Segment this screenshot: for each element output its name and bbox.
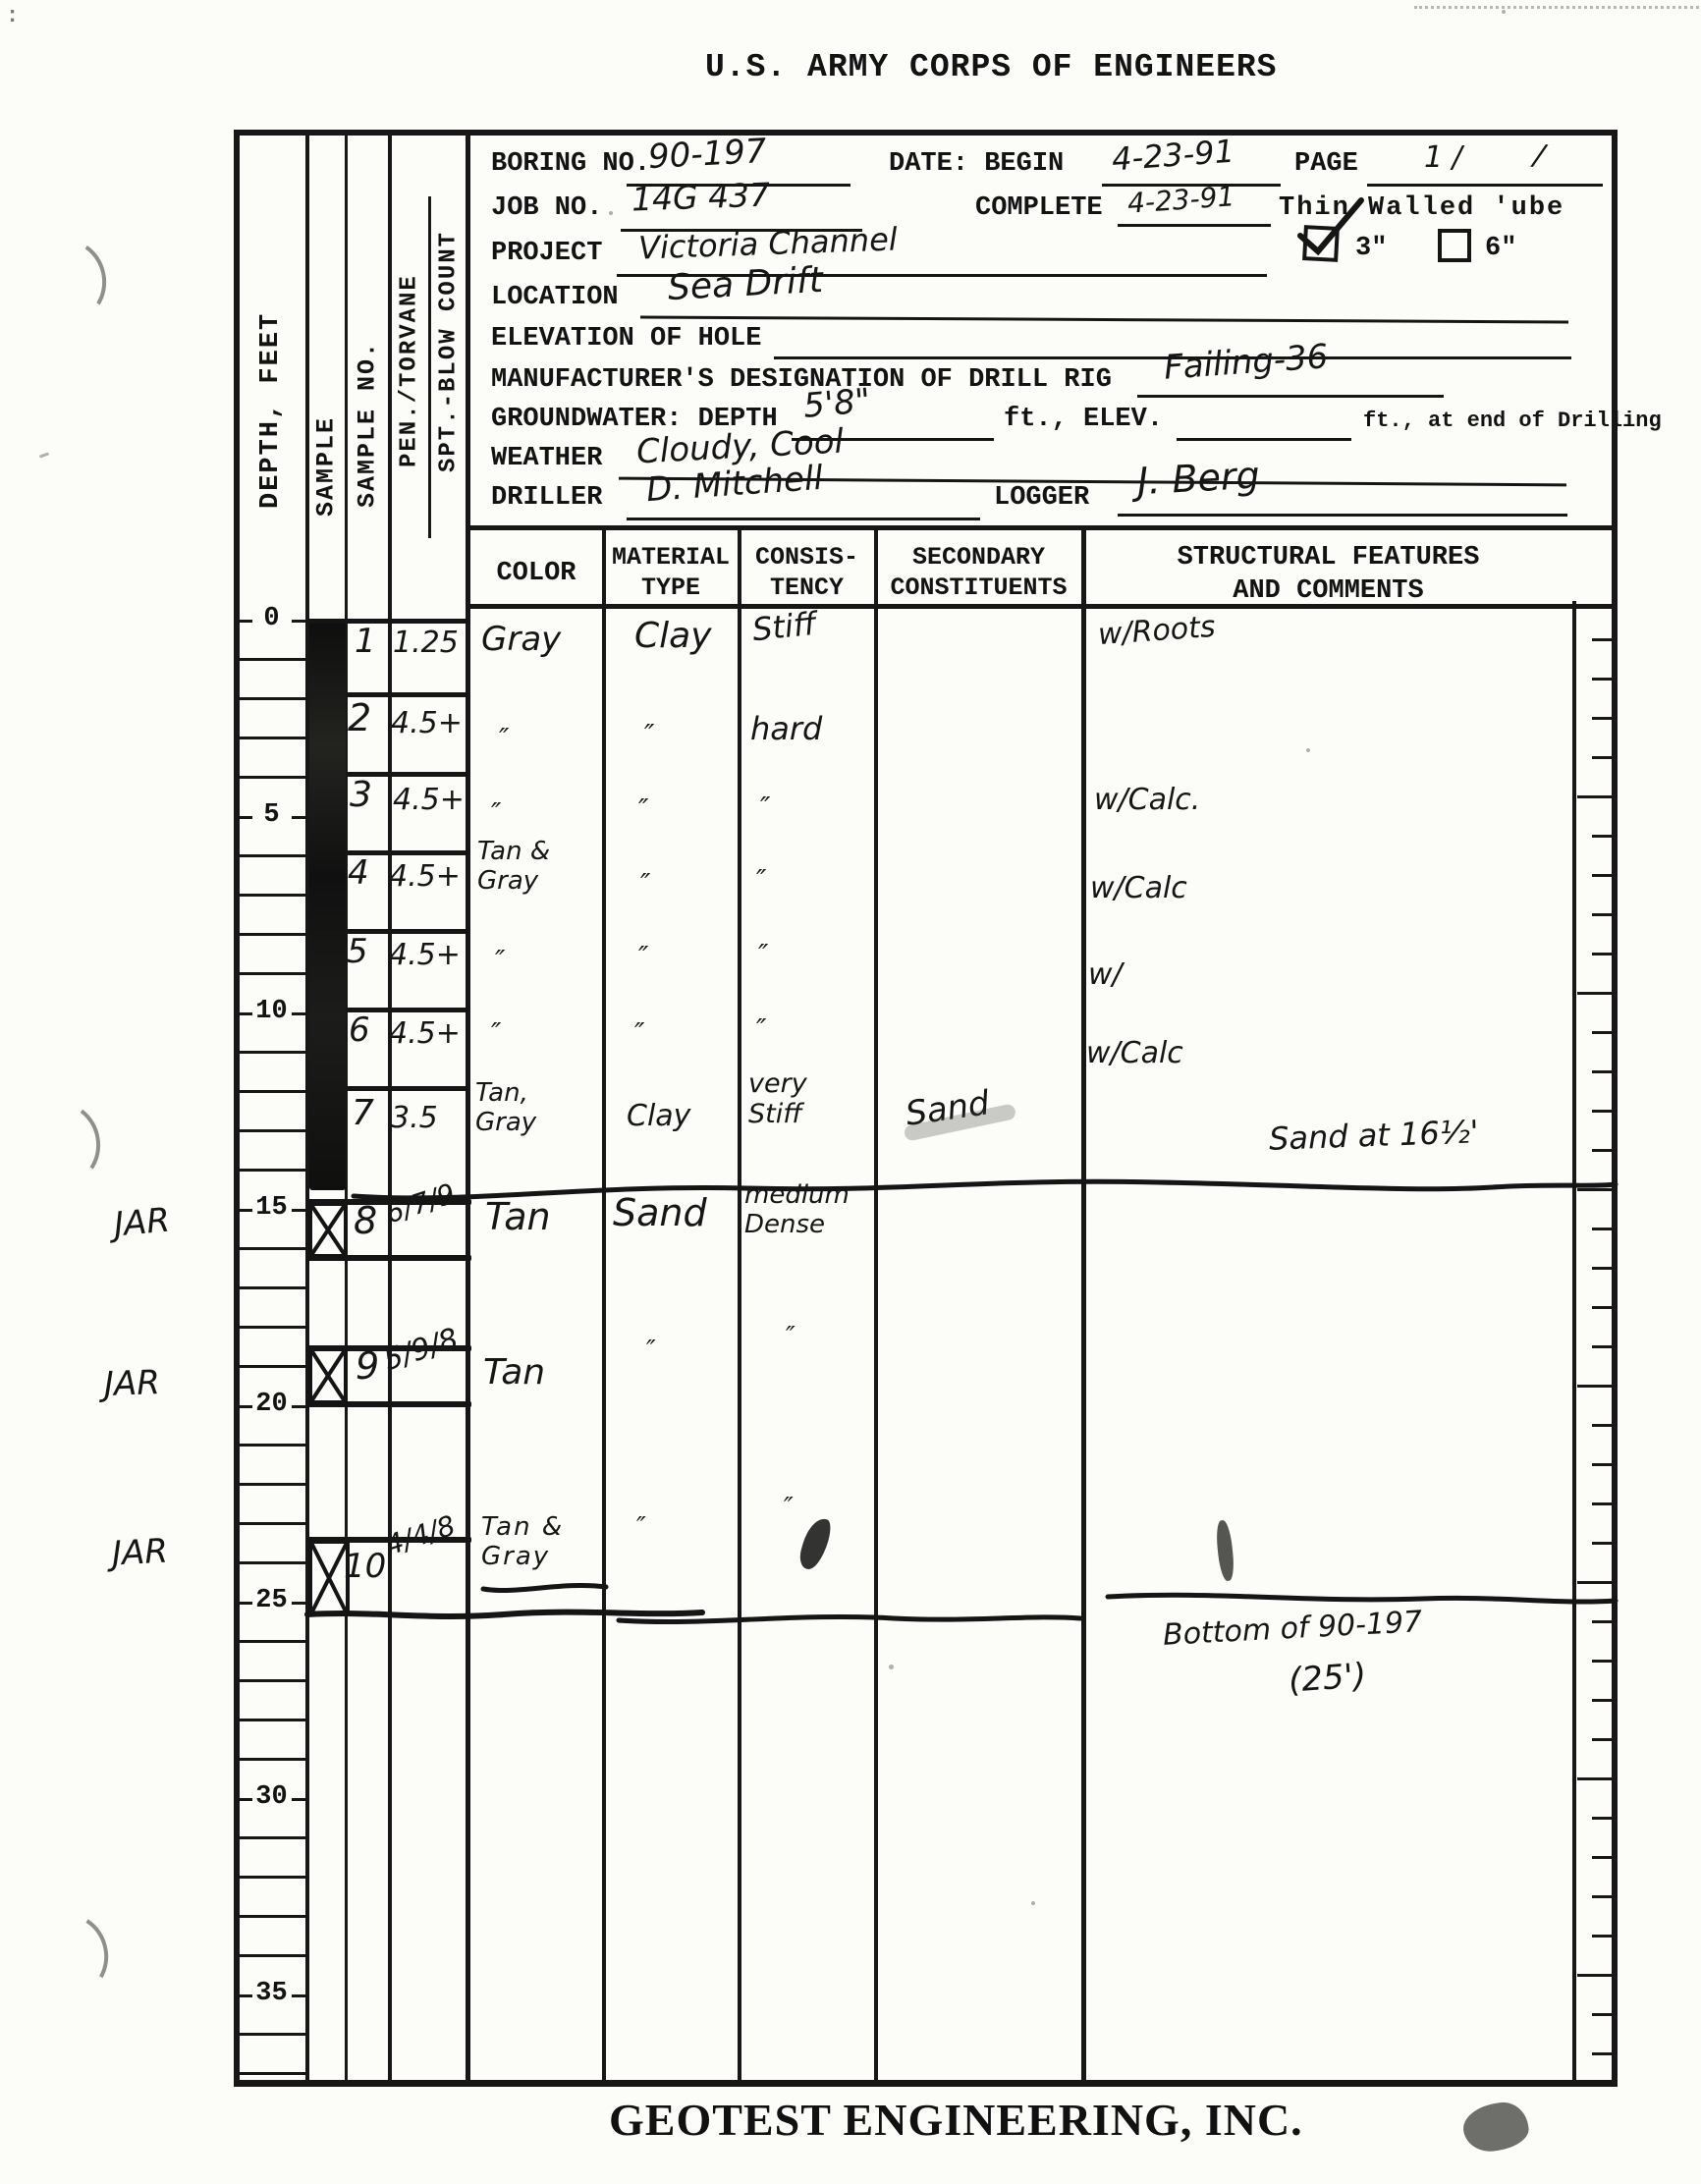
depth-tick <box>237 1876 307 1879</box>
depth-tick <box>237 1286 307 1289</box>
right-ruler-tick <box>1592 835 1614 838</box>
depth-tick <box>237 1522 307 1525</box>
depth-tick <box>237 1326 307 1329</box>
col-label-spt: SPT.-BLOW COUNT <box>431 149 466 554</box>
right-ruler-tick <box>1592 1463 1614 1466</box>
groundwater-end-label: ft., at end of Drilling <box>1363 409 1662 433</box>
comment-value: w/ <box>1088 960 1123 990</box>
comment-value: w/Calc. <box>1094 786 1200 815</box>
depth-tick <box>237 697 307 700</box>
right-ruler-tick <box>1592 756 1614 759</box>
depth-tick <box>237 1090 307 1093</box>
underline <box>1137 395 1444 398</box>
color-ditto: ″ <box>491 799 501 827</box>
decor <box>1108 1595 1616 1602</box>
date-complete-value: 4-23-91 <box>1126 183 1235 218</box>
right-ruler-tick <box>1592 913 1614 916</box>
logger-value: J. Berg <box>1136 457 1260 500</box>
page-value: 1 / <box>1424 143 1462 173</box>
scan-edge-mark <box>1414 6 1699 9</box>
right-ruler-tick <box>1592 1149 1614 1152</box>
depth-tick <box>237 972 307 975</box>
boring-no-label: BORING NO. <box>491 149 650 179</box>
sample-no: 8 <box>354 1202 377 1239</box>
ink-smudge <box>1460 2100 1531 2156</box>
depth-tick <box>237 1483 307 1486</box>
pen-value: 4.5+ <box>389 1019 461 1049</box>
pen-value: 4.5+ <box>389 941 461 970</box>
color-value: Tan <box>483 1355 545 1391</box>
material-ditto: ″ <box>640 870 650 898</box>
decor: Gray <box>477 868 550 894</box>
right-ruler-tick <box>1577 1974 1614 1977</box>
decor <box>39 452 49 458</box>
material-ditto: ″ <box>636 1514 646 1540</box>
depth-tick <box>237 2072 307 2075</box>
depth-label: 35 <box>236 1979 307 2008</box>
depth-label: 0 <box>236 604 307 633</box>
grid-line <box>602 525 606 2082</box>
depth-tick <box>237 1129 307 1132</box>
right-ruler-tick <box>1592 678 1614 681</box>
material-value: Clay <box>634 619 712 654</box>
job-no-label: JOB NO. <box>491 193 602 223</box>
blow-count-value: 5/9/8 <box>380 1325 462 1376</box>
right-ruler-tick <box>1592 953 1614 955</box>
grid-line <box>1572 601 1576 2082</box>
right-ruler-tick <box>1592 717 1614 720</box>
blow-count-value: 4/4/8 <box>382 1512 458 1560</box>
color-value: Gray <box>481 623 561 656</box>
sample-no: 4 <box>348 856 369 890</box>
consistency-ditto: ″ <box>756 866 766 894</box>
right-ruler-tick <box>1577 1188 1614 1191</box>
right-ruler-tick <box>1577 992 1614 995</box>
sample-no: 3 <box>350 778 372 813</box>
decor <box>1502 10 1506 14</box>
sample-no: 6 <box>349 1013 370 1047</box>
right-ruler-tick <box>1592 1542 1614 1545</box>
sample-no: 7 <box>352 1096 374 1131</box>
boring-log-scan: U.S. ARMY CORPS OF ENGINEERS DEPTH, FEET… <box>0 0 1701 2184</box>
form-border-bottom <box>236 2080 1618 2087</box>
depth-tick <box>237 933 307 936</box>
comment-value: w/Calc <box>1090 874 1187 903</box>
pen-value: 4.5+ <box>393 786 465 815</box>
project-label: PROJECT <box>491 239 602 268</box>
sample-no: 9 <box>356 1347 379 1385</box>
right-ruler-tick <box>1577 1385 1614 1388</box>
consistency-ditto: ″ <box>760 793 770 821</box>
header-material: MATERIAL TYPE <box>604 542 738 604</box>
comment-value: w/Roots <box>1097 613 1216 650</box>
depth-tick <box>237 894 307 897</box>
depth-label: 30 <box>236 1782 307 1812</box>
right-ruler-tick <box>1592 1620 1614 1623</box>
depth-tick <box>237 1758 307 1761</box>
material-ditto: ″ <box>644 721 654 748</box>
color-ditto: ″ <box>495 947 505 974</box>
right-ruler-tick <box>1592 1345 1614 1348</box>
right-ruler-tick <box>1592 1070 1614 1073</box>
right-ruler-tick <box>1592 1502 1614 1505</box>
depth-label: 5 <box>236 800 307 830</box>
depth-tick <box>237 1719 307 1721</box>
material-ditto: ″ <box>638 943 648 970</box>
depth-tick <box>237 854 307 857</box>
driller-value: D. Mitchell <box>645 462 824 507</box>
decor <box>889 1665 894 1669</box>
pen-value: 1.25 <box>393 628 459 658</box>
bottom-depth-annotation: (25') <box>1288 1659 1367 1697</box>
right-ruler-tick <box>1592 1699 1614 1702</box>
logger-label: LOGGER <box>994 483 1089 513</box>
groundwater-elev-label: ft., ELEV. <box>1004 405 1163 434</box>
pen-value: 3.5 <box>391 1104 438 1133</box>
right-ruler-tick <box>1592 1856 1614 1859</box>
ink-smudge <box>796 1515 834 1573</box>
form-border-top <box>236 130 1618 136</box>
material-ditto: ″ <box>634 1019 644 1047</box>
decor <box>619 1616 1080 1621</box>
hole-punch-mark <box>15 1096 107 1193</box>
date-begin-label: DATE: BEGIN <box>889 149 1064 179</box>
depth-label: 20 <box>236 1390 307 1419</box>
consistency-ditto: ″ <box>758 941 768 968</box>
depth-tick <box>237 1051 307 1054</box>
tube-3in-label: 3" <box>1355 234 1387 263</box>
right-ruler-tick <box>1592 1738 1614 1741</box>
right-ruler-tick <box>1592 638 1614 641</box>
right-ruler-tick <box>1592 1424 1614 1427</box>
right-ruler-tick <box>1592 874 1614 877</box>
depth-tick <box>237 1915 307 1918</box>
jar-annotation: JAR <box>111 1535 169 1571</box>
depth-tick <box>237 658 307 661</box>
decor <box>1031 1901 1035 1905</box>
sample-no: 1 <box>355 625 376 658</box>
sample-xbox-8 <box>308 1202 348 1258</box>
depth-tick <box>237 1169 307 1172</box>
groundwater-depth-value: 5'8" <box>802 384 872 423</box>
underline <box>1118 224 1271 227</box>
sample-no: 2 <box>348 699 371 737</box>
row-line <box>307 619 468 624</box>
location-value: Sea Drift <box>667 263 823 306</box>
tube-6in-label: 6" <box>1485 234 1516 263</box>
depth-label: 15 <box>236 1193 307 1223</box>
color-value: Tan &Gray <box>481 1514 564 1569</box>
right-ruler-tick <box>1592 1031 1614 1034</box>
right-ruler-tick <box>1592 1306 1614 1309</box>
header-consistency: CONSIS- TENCY <box>740 542 874 604</box>
hole-punch-mark <box>21 1905 117 2006</box>
bottom-line-right <box>1108 1587 1616 1616</box>
depth-label: 25 <box>236 1586 307 1615</box>
sample-xbox-9 <box>308 1347 348 1404</box>
col-label-sample: SAMPLE <box>308 375 344 557</box>
right-ruler-tick <box>1592 1110 1614 1113</box>
depth-tick <box>237 1836 307 1839</box>
decor: Tan & <box>481 1512 564 1542</box>
jar-annotation: JAR <box>103 1366 160 1401</box>
header-structural: STRUCTURAL FEATURES AND COMMENTS <box>1084 542 1572 609</box>
header-secondary: SECONDARY CONSTITUENTS <box>876 542 1081 604</box>
sample-no: 5 <box>347 935 368 968</box>
complete-label: COMPLETE <box>975 193 1103 223</box>
decor <box>1306 748 1310 752</box>
consistency-value: veryStiff <box>748 1070 807 1127</box>
right-ruler-tick <box>1592 1228 1614 1230</box>
pen-value: 4.5+ <box>389 862 461 892</box>
page-title: U.S. ARMY CORPS OF ENGINEERS <box>705 49 1278 85</box>
footer-company: GEOTEST ENGINEERING, INC. <box>609 2094 1303 2146</box>
decor <box>609 211 613 215</box>
decor: Tan & <box>477 837 550 866</box>
material-value: Clay <box>627 1102 690 1131</box>
material-ditto: ″ <box>646 1338 656 1363</box>
color-value: Tan &Gray <box>477 839 550 894</box>
decor: very <box>748 1068 807 1099</box>
right-ruler-tick <box>1577 1777 1614 1780</box>
tube-6in-checkbox[interactable] <box>1438 229 1471 262</box>
location-label: LOCATION <box>491 283 619 312</box>
pen-value: 4.5+ <box>391 709 463 738</box>
sand-at-annotation: Sand at 16½' <box>1269 1116 1480 1154</box>
right-ruler-tick <box>1577 1581 1614 1584</box>
underline <box>1118 514 1567 517</box>
sand-boundary-line <box>354 1171 1616 1206</box>
underline <box>1367 184 1603 187</box>
elevation-label: ELEVATION OF HOLE <box>491 324 761 354</box>
decor <box>1300 200 1361 251</box>
underline <box>1177 438 1351 441</box>
decor <box>354 1181 1616 1198</box>
project-value: Victoria Channel <box>638 223 899 263</box>
right-ruler-tick <box>1592 1660 1614 1663</box>
depth-tick <box>237 1247 307 1250</box>
col-label-sample-no: SAMPLE NO. <box>348 293 387 556</box>
weather-label: WEATHER <box>491 444 602 473</box>
depth-tick <box>237 1954 307 1957</box>
right-ruler-tick <box>1592 1895 1614 1898</box>
color-value: Tan,Gray <box>475 1080 536 1135</box>
depth-tick <box>237 1365 307 1368</box>
consistency-value: Stiff <box>751 608 818 646</box>
right-ruler-tick <box>1577 795 1614 798</box>
comment-value: w/Calc <box>1086 1039 1183 1068</box>
hole-punch-mark <box>20 232 114 331</box>
grid-line <box>738 525 741 2082</box>
continuous-sample-bar <box>309 621 346 1190</box>
material-ditto: ″ <box>638 795 648 823</box>
decor: Dense <box>744 1212 850 1237</box>
color-underline <box>483 1577 606 1599</box>
depth-tick <box>237 737 307 739</box>
depth-tick <box>237 2033 307 2036</box>
decor: Gray <box>481 1544 564 1569</box>
color-ditto: ″ <box>491 1019 501 1047</box>
header-color: COLOR <box>470 558 602 591</box>
right-ruler-tick <box>1592 1935 1614 1938</box>
col-label-pen-torvane: PEN./TORVANE <box>392 189 427 554</box>
underline <box>627 518 980 520</box>
jar-annotation: JAR <box>113 1204 172 1242</box>
driller-label: DRILLER <box>491 483 602 513</box>
bottom-line-mid <box>619 1607 1080 1632</box>
consistency-ditto: ″ <box>756 1015 766 1043</box>
depth-tick <box>237 1444 307 1447</box>
depth-tick <box>237 1679 307 1682</box>
right-ruler-tick <box>1592 2013 1614 2016</box>
col-label-depth-feet: DEPTH, FEET <box>240 263 302 558</box>
sample-no: 10 <box>344 1550 386 1583</box>
grid-line <box>1081 525 1086 2082</box>
depth-tick <box>237 1561 307 1564</box>
decor: Stiff <box>748 1101 807 1127</box>
consistency-ditto: ″ <box>784 1495 794 1520</box>
page-label: PAGE <box>1294 149 1358 179</box>
right-ruler-tick <box>1592 2052 1614 2055</box>
depth-tick <box>237 776 307 779</box>
decor: Gray <box>475 1110 536 1135</box>
consistency-ditto: ″ <box>786 1324 796 1349</box>
consistency-value: hard <box>750 713 822 744</box>
depth-label: 10 <box>236 997 307 1026</box>
row-line <box>347 1086 468 1091</box>
grid-line <box>468 525 1614 530</box>
rig-value: Failing-36 <box>1163 340 1329 385</box>
color-ditto: ″ <box>499 725 509 752</box>
date-begin-value: 4-23-91 <box>1111 136 1235 176</box>
grid-line <box>874 525 878 2082</box>
job-no-value: 14G 437 <box>631 179 770 216</box>
right-ruler-tick <box>1592 1817 1614 1820</box>
page-value-2: / <box>1532 140 1546 171</box>
decor: Tan, <box>475 1078 528 1108</box>
depth-tick <box>237 1640 307 1643</box>
scan-speck-mark: : <box>6 4 19 28</box>
ink-smudge <box>1215 1519 1235 1581</box>
boring-no-value: 90-197 <box>647 135 767 174</box>
decor <box>483 1585 606 1590</box>
underline <box>640 316 1568 324</box>
right-ruler-tick <box>1592 1267 1614 1270</box>
